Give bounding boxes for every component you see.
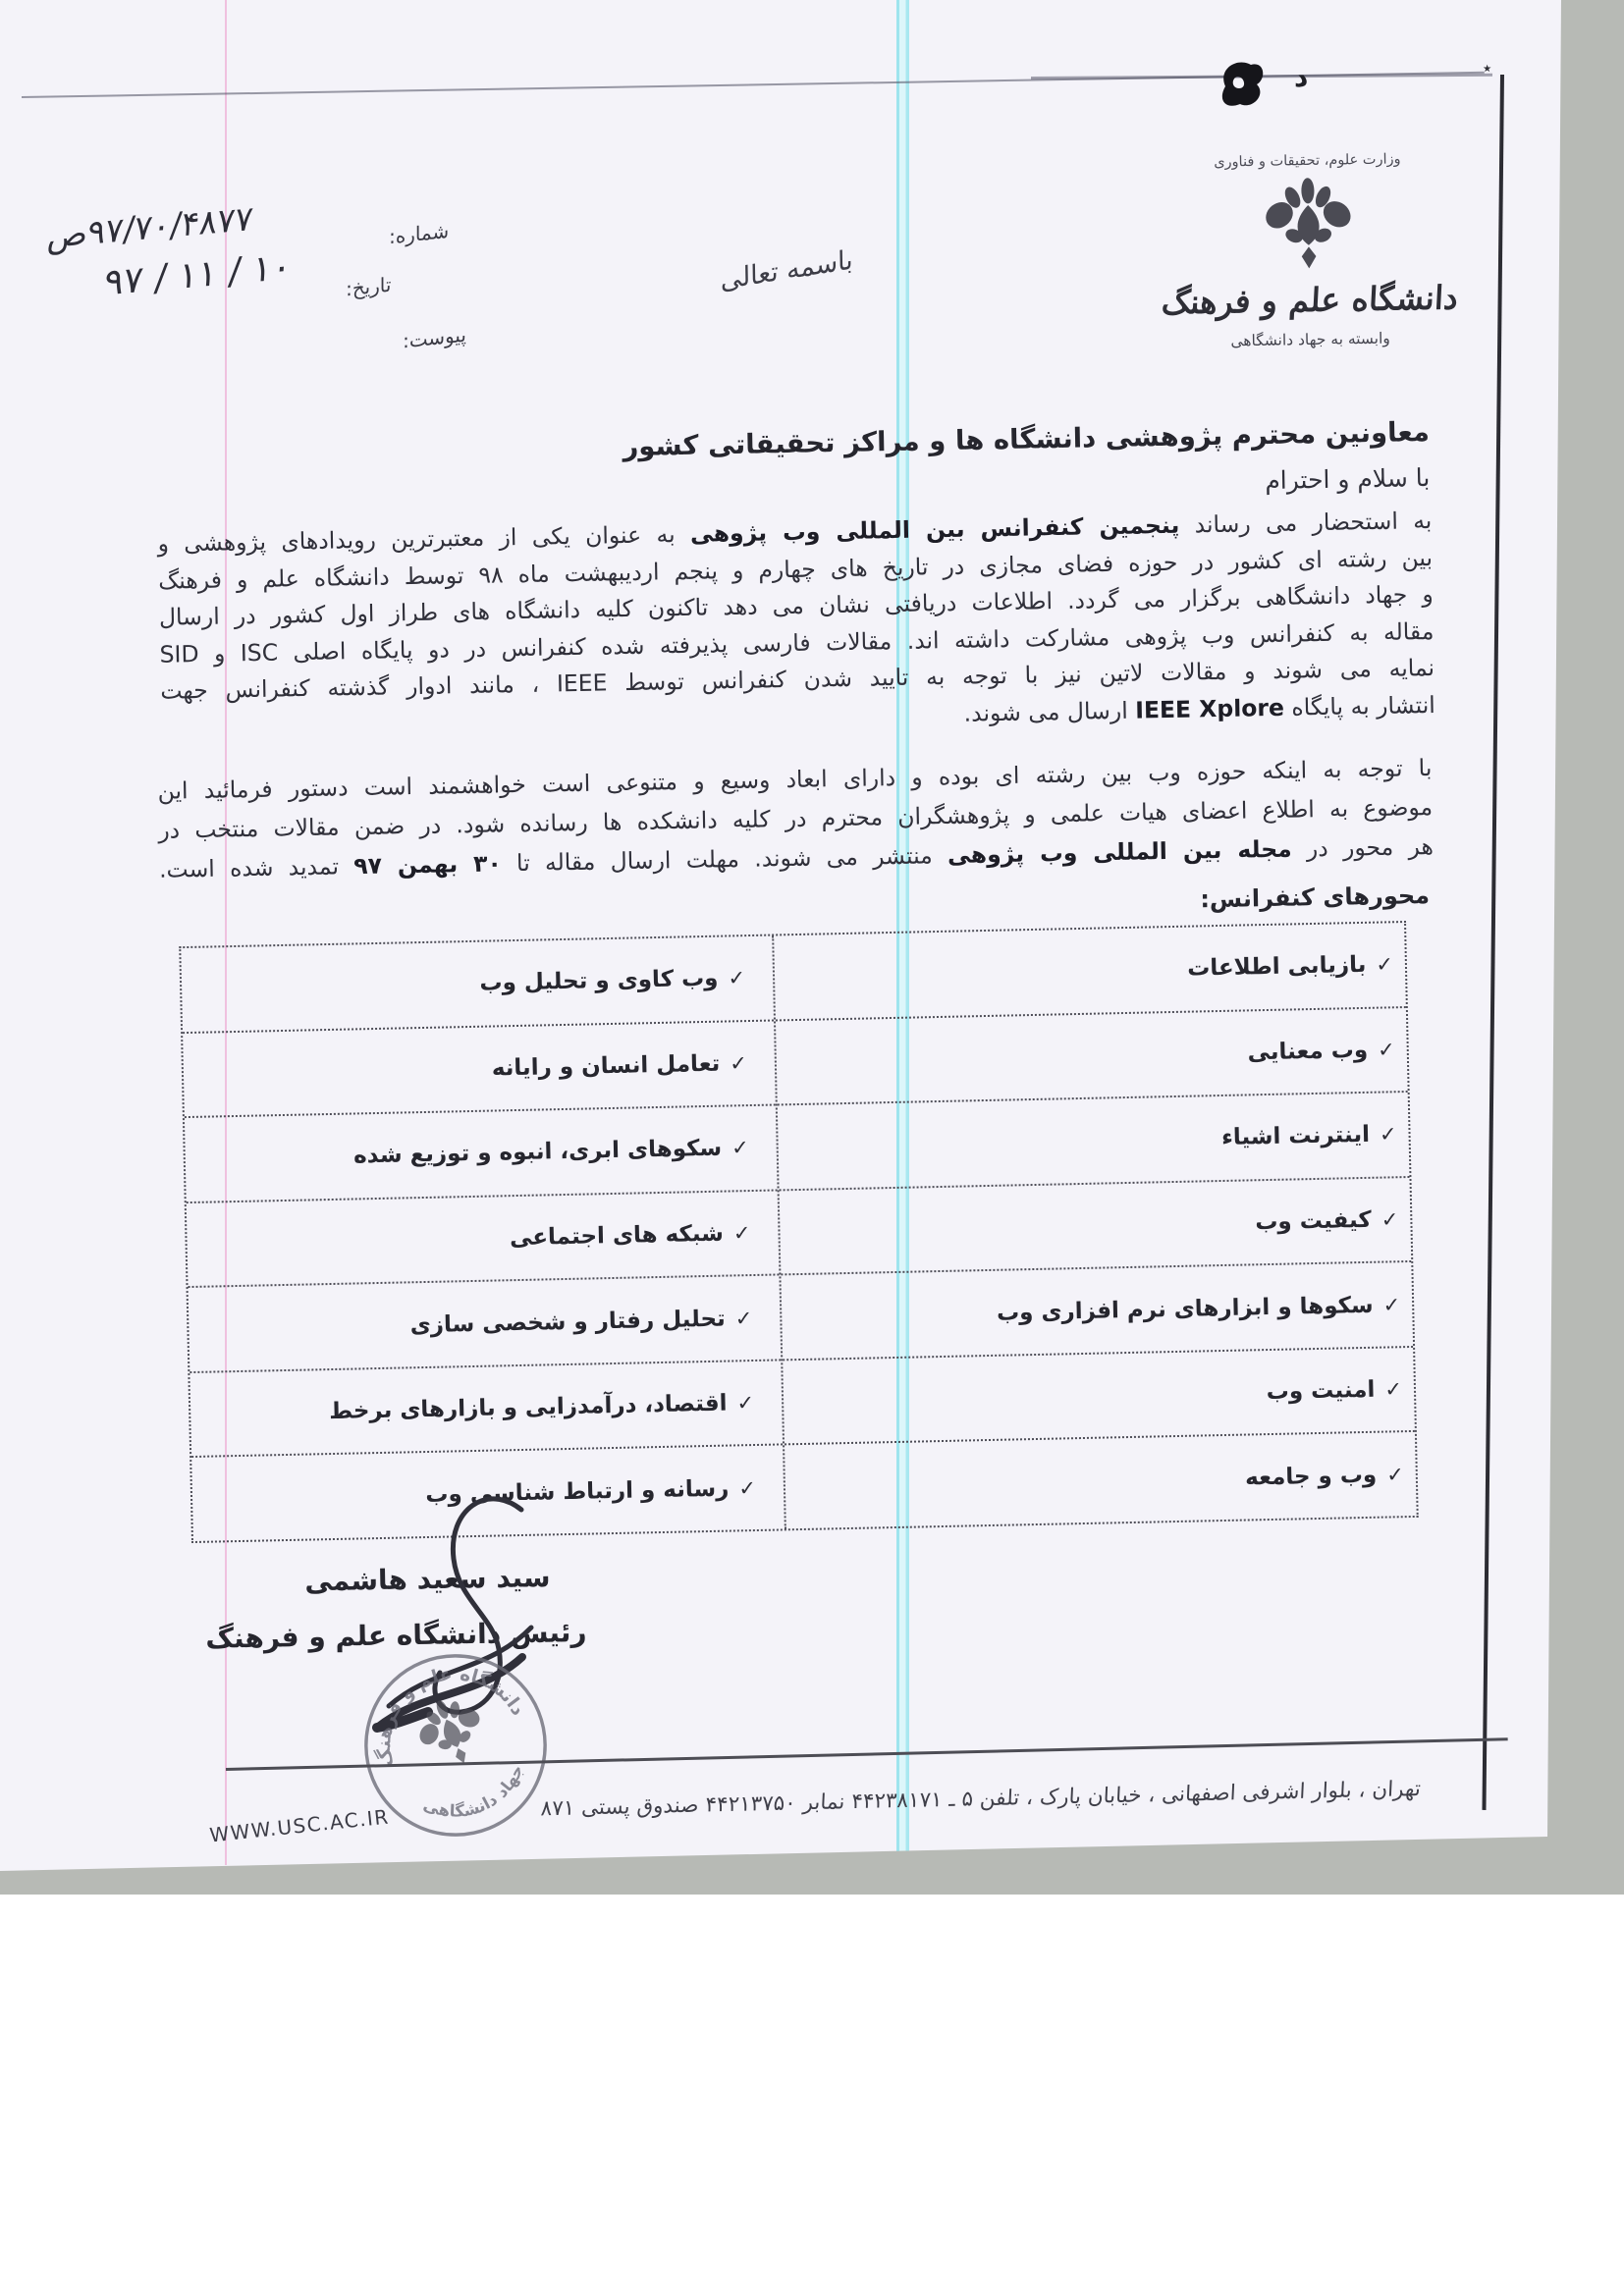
university-name: دانشگاه علم و فرهنگ <box>1147 278 1473 322</box>
topic-label: شبکه های اجتماعی <box>510 1221 724 1252</box>
salutation-text: با سلام و احترام <box>1265 463 1431 495</box>
ink-blob-mark <box>1214 55 1267 114</box>
paragraph-2: با توجه به اینکه حوزه وب بین رشته ای بود… <box>157 748 1434 889</box>
topic-label: وب کاوی و تحلیل وب <box>479 966 719 996</box>
conference-name-bold: پنجمین کنفرانس بین المللی وب پژوهی <box>690 511 1180 548</box>
ieee-xplore-bold: IEEE Xplore <box>1135 693 1284 723</box>
table-cell: ✓وب و جامعه <box>785 1432 1417 1528</box>
table-cell: ✓سکوهای ابری، انبوه و توزیع شده <box>185 1106 780 1201</box>
table-cell: ✓وب کاوی و تحلیل وب <box>181 935 776 1031</box>
topics-table: ✓بازیابی اطلاعات✓وب کاوی و تحلیل وب✓وب م… <box>179 921 1418 1543</box>
checkmark-icon: ✓ <box>1386 1463 1404 1486</box>
checkmark-icon: ✓ <box>1376 953 1393 977</box>
paragraph-1: به استحضار می رساند پنجمین کنفرانس بین ا… <box>157 503 1435 747</box>
scanned-letter-page: د ٭ شماره: ۹۷/۷۰/۴۸۷۷ص تاریخ: ۹۷ / ۱۱ / … <box>0 0 1624 2296</box>
topic-label: سکوها و ابزارهای نرم افزاری وب <box>997 1292 1374 1325</box>
checkmark-icon: ✓ <box>1382 1293 1400 1316</box>
checkmark-icon: ✓ <box>734 1307 752 1330</box>
topic-label: وب و جامعه <box>1245 1463 1378 1491</box>
topic-label: تعامل انسان و رایانه <box>492 1051 721 1082</box>
checkmark-icon: ✓ <box>728 966 745 989</box>
topic-label: تحلیل رفتار و شخصی سازی <box>409 1306 726 1338</box>
university-flower-logo-icon <box>1246 174 1372 280</box>
topic-label: کیفیت وب <box>1255 1207 1372 1235</box>
deadline-bold: ۳۰ بهمن ۹۷ <box>353 849 502 880</box>
table-cell: ✓تعامل انسان و رایانه <box>183 1021 778 1116</box>
checkmark-icon: ✓ <box>1384 1377 1402 1401</box>
table-cell: ✓سکوها و ابزارهای نرم افزاری وب <box>781 1262 1413 1359</box>
topic-label: وب معنایی <box>1247 1038 1368 1066</box>
topic-label: اقتصاد، درآمدزایی و بازارهای برخط <box>329 1391 728 1424</box>
checkmark-icon: ✓ <box>1380 1123 1397 1147</box>
table-cell: ✓شبکه های اجتماعی <box>187 1191 782 1286</box>
table-cell: ✓تحلیل رفتار و شخصی سازی <box>189 1276 784 1371</box>
table-cell: ✓کیفیت وب <box>780 1178 1412 1274</box>
letterhead: وزارت علوم، تحقیقات و فناوری دانشگاه علم… <box>1145 150 1472 351</box>
checkmark-icon: ✓ <box>1381 1207 1399 1231</box>
table-cell: ✓امنیت وب <box>783 1348 1415 1444</box>
journal-name-bold: مجله بین المللی وب پژوهی <box>947 835 1292 869</box>
checkmark-icon: ✓ <box>731 1137 749 1160</box>
checkmark-icon: ✓ <box>730 1051 747 1075</box>
checkmark-icon: ✓ <box>736 1391 754 1415</box>
table-cell: ✓بازیابی اطلاعات <box>774 923 1406 1019</box>
conference-axes-heading: محورهای کنفرانس: <box>1200 881 1430 913</box>
topic-label: سکوهای ابری، انبوه و توزیع شده <box>353 1136 723 1169</box>
topic-label: بازیابی اطلاعات <box>1187 952 1367 982</box>
table-cell: ✓اینترنت اشیاء <box>778 1093 1410 1189</box>
topic-label: اینترنت اشیاء <box>1221 1122 1370 1150</box>
ref-date-label: تاریخ: <box>346 273 391 301</box>
checkmark-icon: ✓ <box>738 1476 756 1500</box>
stray-dal-mark: د <box>1294 61 1308 93</box>
table-cell: ✓اقتصاد، درآمدزایی و بازارهای برخط <box>189 1361 785 1456</box>
topic-label: امنیت وب <box>1266 1377 1375 1405</box>
checkmark-icon: ✓ <box>1378 1038 1395 1061</box>
stray-star-mark: ٭ <box>1483 59 1491 79</box>
table-cell: ✓وب معنایی <box>776 1008 1408 1104</box>
checkmark-icon: ✓ <box>733 1221 751 1245</box>
